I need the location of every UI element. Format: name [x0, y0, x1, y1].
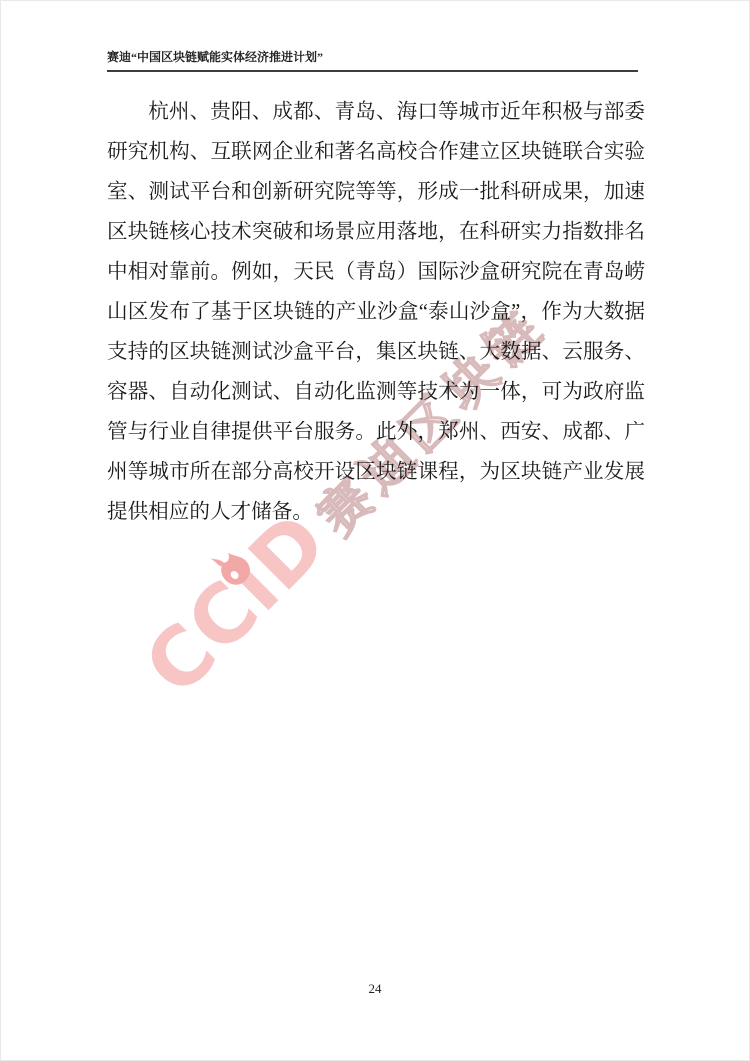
paragraph-line: 提供相应的人才储备。 [107, 492, 645, 532]
paragraph-line: 室、测试平台和创新研究院等等，形成一批科研成果，加速 [107, 172, 645, 212]
paragraph-line: 容器、自动化测试、自动化监测等技术为一体，可为政府监 [107, 372, 645, 412]
body-paragraph: 杭州、贵阳、成都、青岛、海口等城市近年积极与部委研究机构、互联网企业和著名高校合… [107, 92, 645, 532]
page-footer: 24 [0, 980, 750, 998]
paragraph-line: 州等城市所在部分高校开设区块链课程，为区块链产业发展 [107, 452, 645, 492]
paragraph-line: 中相对靠前。例如，天民（青岛）国际沙盒研究院在青岛崂 [107, 252, 645, 292]
watermark-ccid-i-wrap: ı [213, 544, 297, 628]
paragraph-line: 支持的区块链测试沙盒平台，集区块链、大数据、云服务、 [107, 332, 645, 372]
watermark-ccid-cc: CC [127, 563, 277, 713]
flame-icon [204, 539, 259, 594]
paragraph-line: 山区发布了基于区块链的产业沙盒“泰山沙盒”，作为大数据 [107, 292, 645, 332]
watermark-ccid-i: ı [211, 542, 297, 628]
paragraph-line: 研究机构、互联网企业和著名高校合作建立区块链联合实验 [107, 132, 645, 172]
paragraph-line: 杭州、贵阳、成都、青岛、海口等城市近年积极与部委 [107, 92, 645, 132]
header-title: 赛迪“中国区块链赋能实体经济推进计划” [107, 50, 638, 65]
page-number: 24 [369, 981, 382, 996]
paragraph-line: 区块链核心技术突破和场景应用落地，在科研实力指数排名 [107, 212, 645, 252]
page-header: 赛迪“中国区块链赋能实体经济推进计划” [107, 50, 638, 72]
paragraph-line: 管与行业自律提供平台服务。此外，郑州、西安、成都、广 [107, 412, 645, 452]
document-page: 赛迪“中国区块链赋能实体经济推进计划” CCı D赛迪区块链 杭州、贵阳、成都、… [0, 0, 750, 1061]
